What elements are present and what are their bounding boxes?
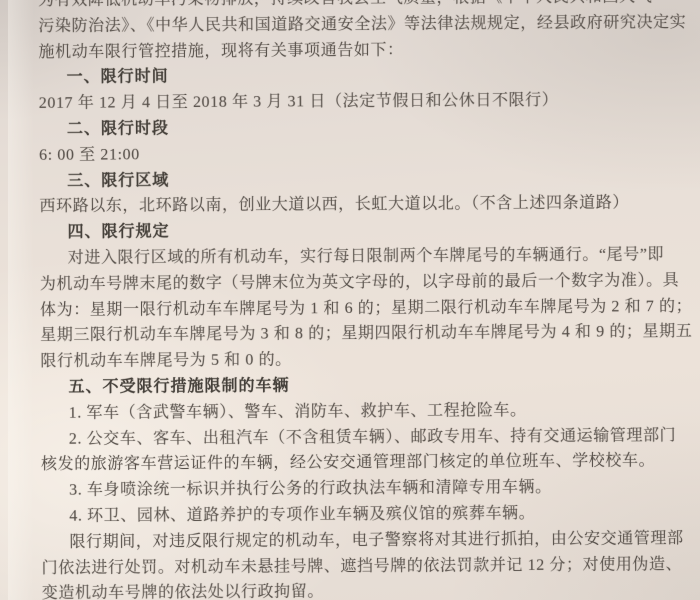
paper-crease: [8, 0, 34, 600]
document-line: 对进入限行区域的所有机动车，实行每日限制两个车牌尾号的车辆通行。“尾号”即: [40, 242, 660, 272]
document-line: 门依法进行处罚。对机动车未悬挂号牌、遮挡号牌的依法罚款并记 12 分；对使用伪造…: [42, 552, 662, 582]
document-line: 2017 年 12 月 4 日至 2018 年 3 月 31 日（法定节假日和公…: [39, 87, 659, 117]
document-line: 限行机动车车牌尾号为 5 和 0 的。: [40, 345, 660, 375]
document-line: 西环路以东，北环路以南，创业大道以西，长虹大道以北。（不含上述四条道路）: [39, 190, 659, 220]
section-heading: 二、限行时段: [39, 113, 659, 143]
document-line: 4. 环卫、园林、道路养护的专项作业车辆及殡仪馆的殡葬车辆。: [41, 500, 661, 530]
document-line: 3. 车身喷涂统一标识并执行公务的行政执法车辆和清障专用车辆。: [41, 474, 661, 504]
document-line: 星期三限行机动车车牌尾号为 3 和 8 的；星期四限行机动车车牌尾号为 4 和 …: [40, 319, 660, 349]
document-line: 体为：星期一限行机动车车牌尾号为 1 和 6 的；星期二限行机动车车牌尾号为 2…: [40, 294, 660, 324]
document-line: 施机动车限行管控措施，现将有关事项通告如下：: [38, 36, 658, 66]
section-heading: 一、限行时间: [39, 62, 659, 92]
document-line: 1. 军车（含武警车辆）、警车、消防车、救护车、工程抢险车。: [41, 397, 661, 427]
document-line: 核发的旅游客车营运证件的车辆，经公安交通管理部门核定的单位班车、学校校车。: [41, 448, 661, 478]
document-line: 限行期间，对违反限行规定的机动车，电子警察将对其进行抓拍，由公安交通管理部: [41, 526, 661, 556]
document-photo: 为有效降低机动车污染物排放，持续改善我县空气质量，根据《中华人民共和国大气污染防…: [0, 0, 700, 600]
document-line: 2. 公交车、客车、出租汽车（不含租赁车辆）、邮政专用车、持有交通运输管理部门: [41, 423, 661, 453]
section-heading: 三、限行区域: [39, 165, 659, 195]
section-heading: 五、不受限行措施限制的车辆: [40, 371, 660, 401]
document-body: 为有效降低机动车污染物排放，持续改善我县空气质量，根据《中华人民共和国大气污染防…: [38, 0, 662, 600]
document-line: 变造机动车号牌的依法处以行政拘留。: [42, 577, 662, 600]
section-heading: 四、限行规定: [39, 216, 659, 246]
document-line: 6: 00 至 21:00: [39, 139, 659, 169]
document-line: 为机动车号牌末尾的数字（号牌末位为英文字母的，以字母前的最后一个数字为准）。具: [40, 268, 660, 298]
document-line: 污染防治法》、《中华人民共和国道路交通安全法》等法律法规规定，经县政府研究决定实: [38, 10, 658, 40]
